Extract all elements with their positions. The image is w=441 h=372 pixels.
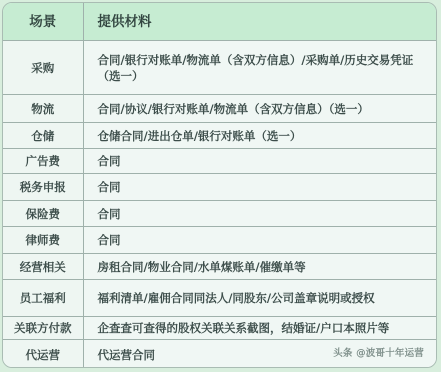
table-row: 物流 合同/协议/银行对账单/物流单（含双方信息）（选一） — [3, 95, 436, 123]
row-material: 合同 — [83, 174, 436, 201]
table-row: 保险费 合同 — [3, 201, 436, 227]
row-material: 合同/协议/银行对账单/物流单（含双方信息）（选一） — [83, 95, 436, 123]
row-scene: 关联方付款 — [3, 317, 83, 340]
row-material: 合同 — [83, 227, 436, 254]
table-row: 员工福利 福利清单/雇佣合同同法人/同股东/公司盖章说明或授权 — [3, 280, 436, 317]
table-row: 广告费 合同 — [3, 149, 436, 174]
row-material: 仓储合同/进出仓单/银行对账单（选一） — [83, 123, 436, 149]
row-scene: 代运营 — [3, 340, 83, 369]
row-scene: 律师费 — [3, 227, 83, 254]
row-scene: 物流 — [3, 95, 83, 123]
table-row: 律师费 合同 — [3, 227, 436, 254]
table-row: 仓储 仓储合同/进出仓单/银行对账单（选一） — [3, 123, 436, 149]
row-scene: 广告费 — [3, 149, 83, 174]
row-scene: 经营相关 — [3, 254, 83, 280]
row-scene: 保险费 — [3, 201, 83, 227]
header-material: 提供材料 — [83, 3, 436, 41]
table-row: 经营相关 房租合同/物业合同/水单煤账单/催缴单等 — [3, 254, 436, 280]
row-material: 合同 — [83, 201, 436, 227]
table-row: 税务申报 合同 — [3, 174, 436, 201]
row-scene: 税务申报 — [3, 174, 83, 201]
table-row: 采购 合同/银行对账单/物流单（含双方信息）/采购单/历史交易凭证（选一） — [3, 41, 436, 95]
header-scene: 场景 — [3, 3, 83, 41]
materials-table: 场景 提供材料 采购 合同/银行对账单/物流单（含双方信息）/采购单/历史交易凭… — [3, 3, 436, 368]
row-scene: 采购 — [3, 41, 83, 95]
row-material: 合同/银行对账单/物流单（含双方信息）/采购单/历史交易凭证（选一） — [83, 41, 436, 95]
row-material: 合同 — [83, 149, 436, 174]
row-material: 企查查可查得的股权关联关系截图，结婚证/户口本照片等 — [83, 317, 436, 340]
row-material: 房租合同/物业合同/水单煤账单/催缴单等 — [83, 254, 436, 280]
materials-table-card: 场景 提供材料 采购 合同/银行对账单/物流单（含双方信息）/采购单/历史交易凭… — [2, 2, 437, 368]
row-material: 福利清单/雇佣合同同法人/同股东/公司盖章说明或授权 — [83, 280, 436, 317]
row-scene: 仓储 — [3, 123, 83, 149]
table-row: 关联方付款 企查查可查得的股权关联关系截图，结婚证/户口本照片等 — [3, 317, 436, 340]
watermark: 头条 @波哥十年运营 — [333, 345, 424, 359]
table-header-row: 场景 提供材料 — [3, 3, 436, 41]
row-scene: 员工福利 — [3, 280, 83, 317]
